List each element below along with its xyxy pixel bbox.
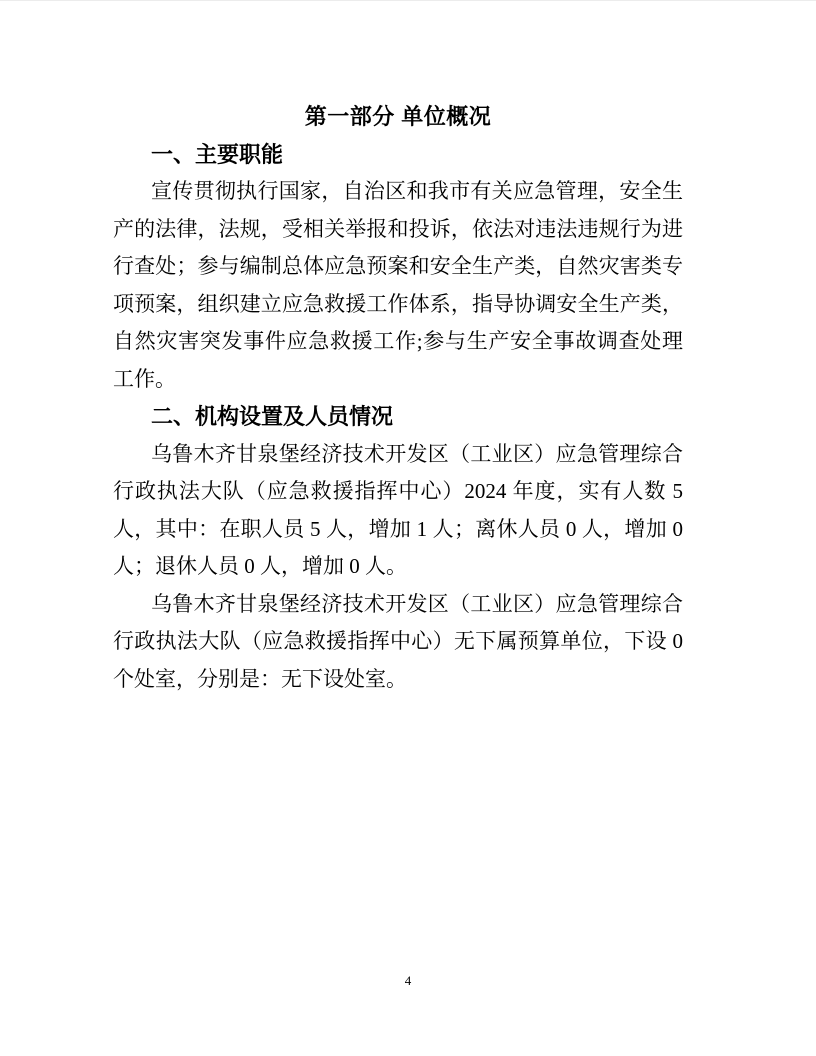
document-page: 第一部分 单位概况 一、主要职能 宣传贯彻执行国家，自治区和我市有关应急管理，安…	[0, 0, 816, 1056]
section-2-paragraph-2: 乌鲁木齐甘泉堡经济技术开发区（工业区）应急管理综合行政执法大队（应急救援指挥中心…	[113, 586, 683, 699]
document-content: 第一部分 单位概况 一、主要职能 宣传贯彻执行国家，自治区和我市有关应急管理，安…	[113, 98, 683, 698]
document-title: 第一部分 单位概况	[113, 98, 683, 136]
page-number: 4	[405, 973, 412, 988]
section-1-paragraph-1: 宣传贯彻执行国家，自治区和我市有关应急管理，安全生产的法律，法规，受相关举报和投…	[113, 173, 683, 398]
section-2-paragraph-1: 乌鲁木齐甘泉堡经济技术开发区（工业区）应急管理综合行政执法大队（应急救援指挥中心…	[113, 436, 683, 586]
section-2-heading: 二、机构设置及人员情况	[113, 398, 683, 436]
page-footer: 4	[0, 972, 816, 990]
section-1-heading: 一、主要职能	[113, 136, 683, 174]
